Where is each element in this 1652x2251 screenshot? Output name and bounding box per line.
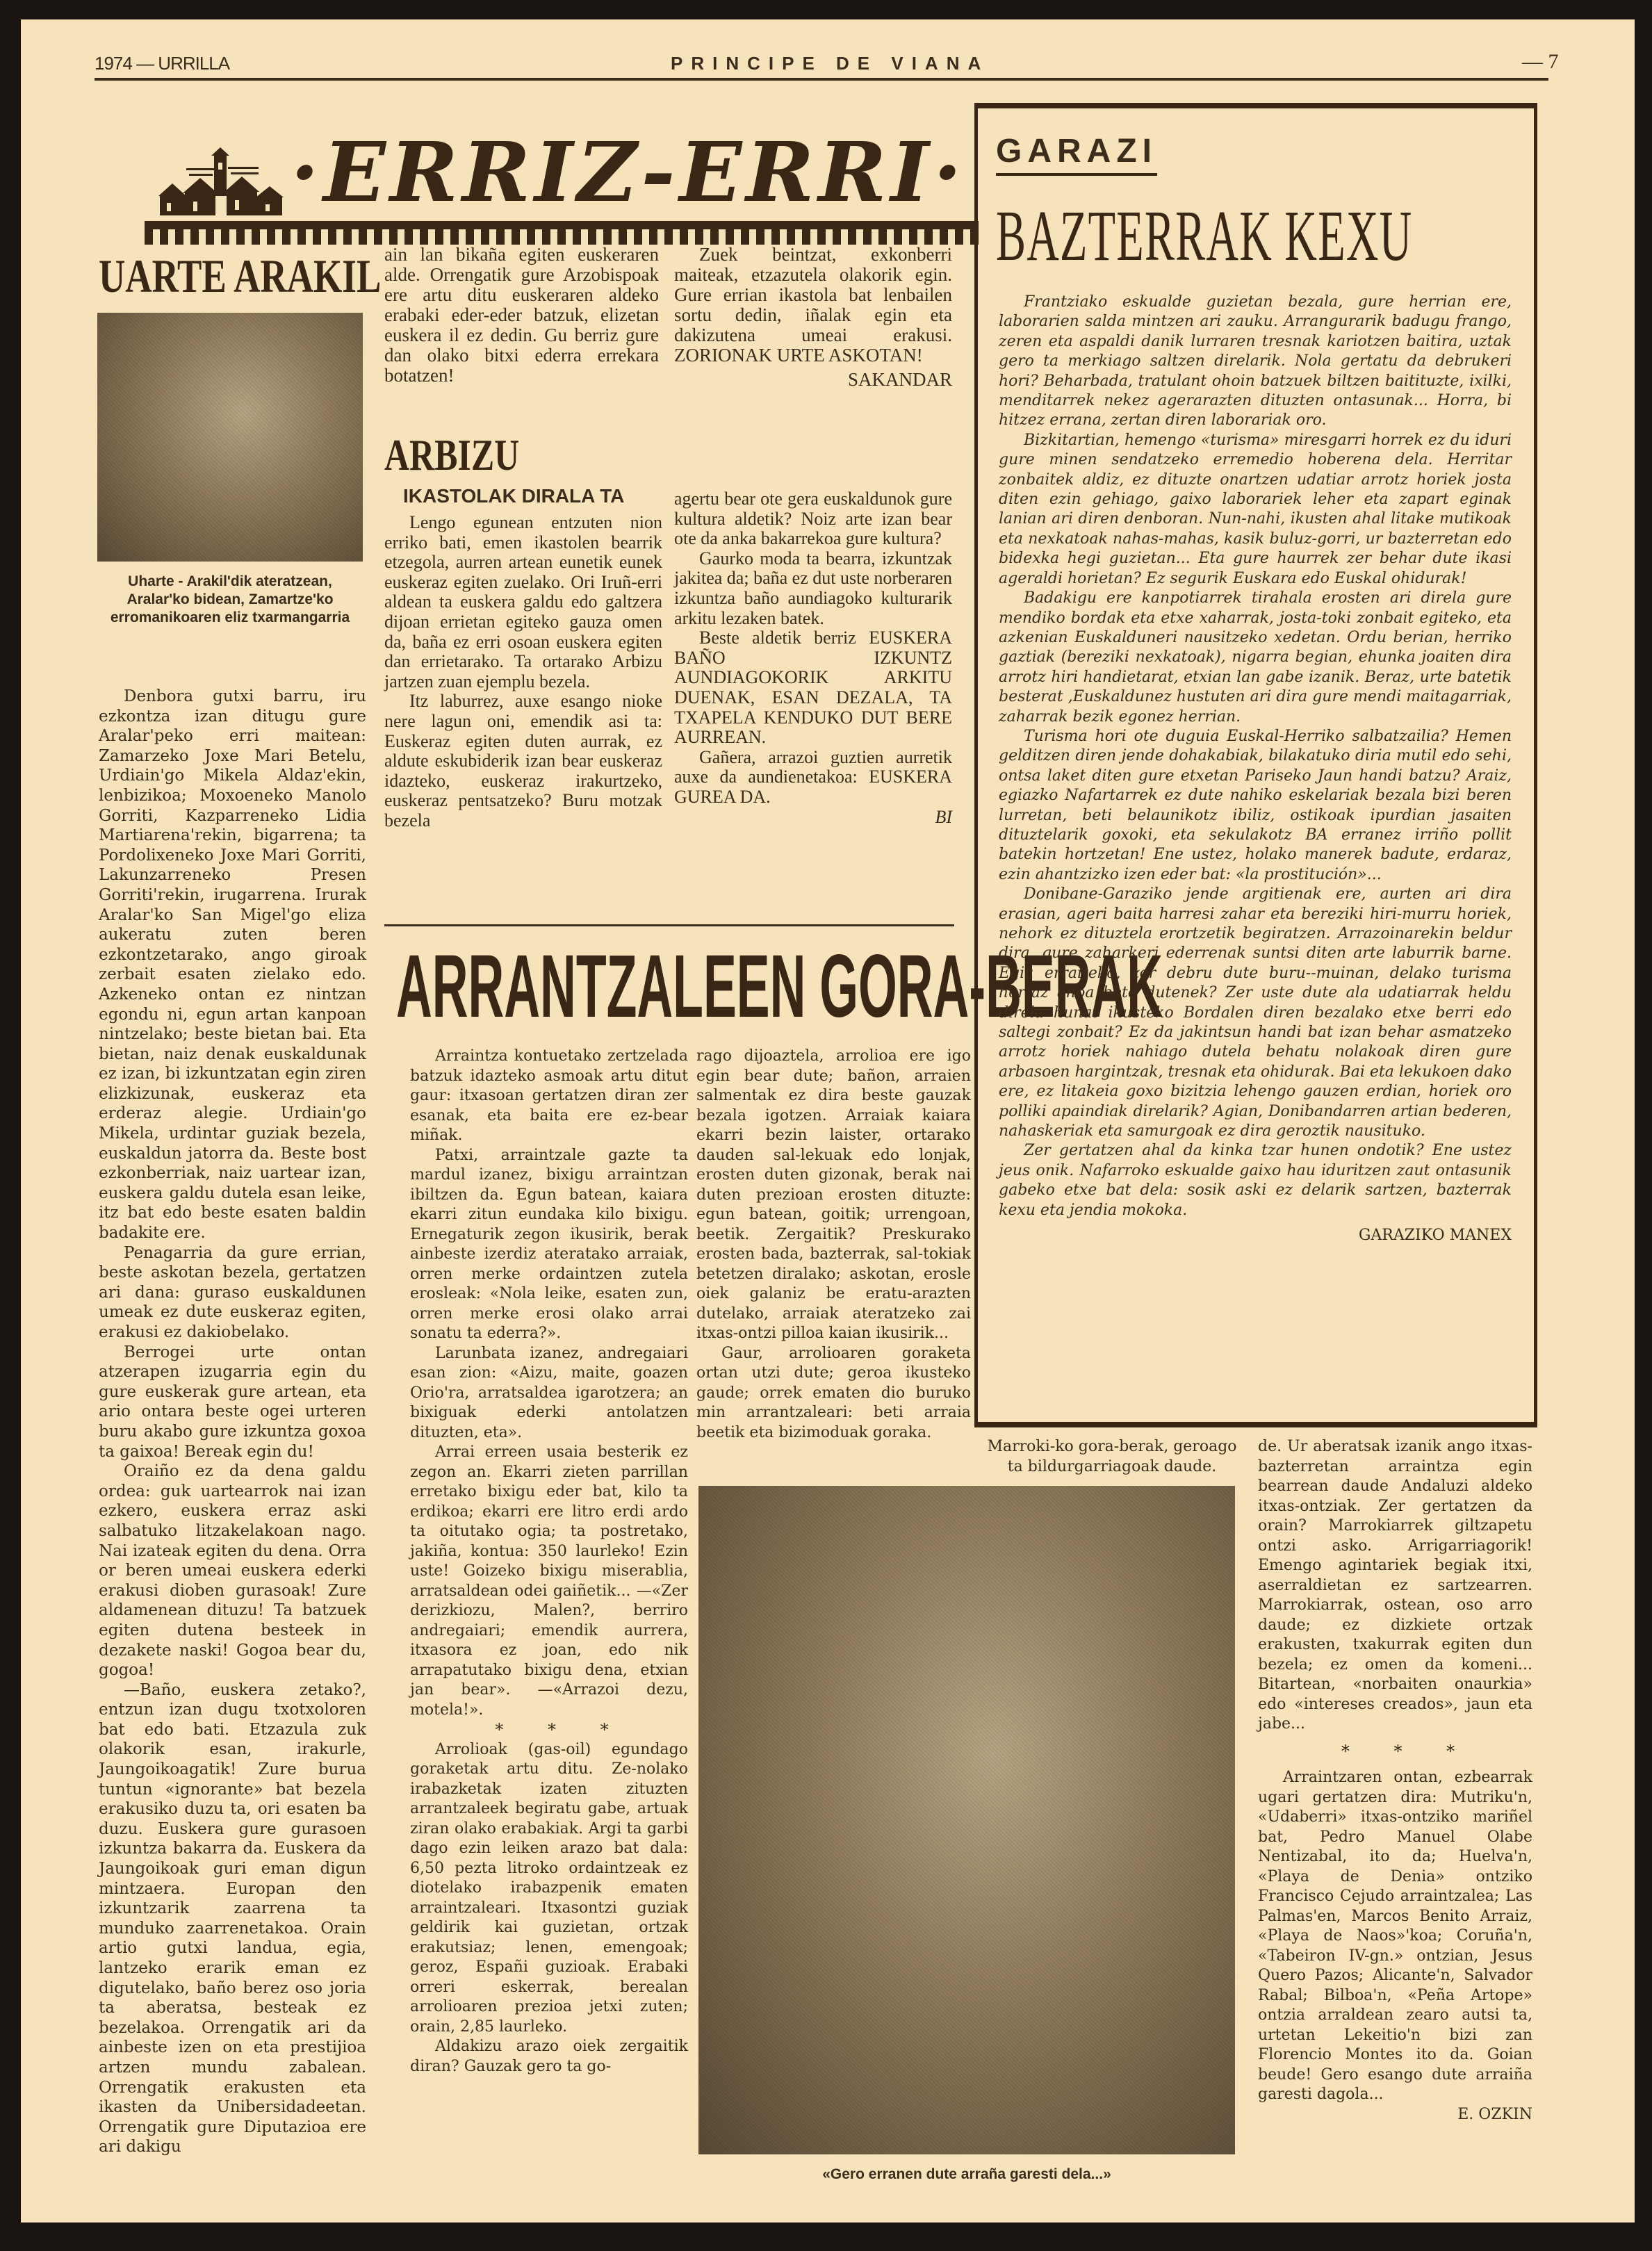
section-divider: [384, 924, 954, 926]
masthead: ·ERRIZ-ERRI·: [124, 124, 979, 235]
paragraph: Zer gertatzen ahal da kinka tzar hunen o…: [999, 1141, 1512, 1220]
arrantzaleen-column-1: Arraintza kontuetako zertzelada batzuk i…: [410, 1047, 688, 2077]
paragraph: Larunbata izanez, andregaiari esan zion:…: [410, 1344, 688, 1443]
paragraph: Lengo egunean entzuten nion erriko bati,…: [384, 513, 662, 691]
section-separator: * * *: [1258, 1742, 1532, 1762]
paragraph: Frantziako eskualde guzietan bezala, gur…: [999, 293, 1512, 431]
page-number: — 7: [1522, 50, 1559, 74]
paragraph: Itz laburrez, auxe esango nioke nere lag…: [384, 691, 662, 830]
paragraph: Gaur, arrolioaren goraketa ortan utzi du…: [696, 1344, 971, 1443]
paragraph: Arraintza kontuetako zertzelada batzuk i…: [410, 1047, 688, 1146]
paragraph: Arrai erreen usaia besterik ez zegon an.…: [410, 1443, 688, 1720]
paragraph: rago dijoaztela, arrolioa ere igo egin b…: [696, 1047, 971, 1344]
garazi-article-box: GARAZI BAZTERRAK KEXU Frantziako eskuald…: [974, 103, 1537, 1427]
arbizu-subheading: IKASTOLAK DIRALA TA: [403, 485, 624, 507]
paragraph: Marroki-ko gora-berak, geroago ta bildur…: [983, 1437, 1241, 1477]
garazi-body: Frantziako eskualde guzietan bezala, gur…: [999, 293, 1512, 1246]
paragraph: Bizkitartian, hemengo «turisma» miresgar…: [999, 431, 1512, 589]
signature: E. OZKIN: [1258, 2105, 1532, 2125]
arrantzaleen-column-2: rago dijoaztela, arrolioa ere igo egin b…: [696, 1047, 971, 1443]
paragraph: Beste aldetik berriz EUSKERA BAÑO IZKUNT…: [674, 628, 952, 748]
arbizu-column-1: Lengo egunean entzuten nion erriko bati,…: [384, 513, 662, 831]
signature: BI: [674, 808, 952, 828]
paragraph: Gaurko moda ta bearra, izkuntzak jakitea…: [674, 549, 952, 628]
header-rule: [95, 78, 1548, 81]
paragraph: Zuek beintzat, exkonberri maiteak, etzaz…: [674, 245, 952, 366]
paragraph: Arraintzaren ontan, ezbearrak ugari gert…: [1258, 1768, 1532, 2105]
paragraph: Penagarria da gure errian, beste askotan…: [99, 1243, 366, 1343]
section-separator: * * *: [410, 1720, 688, 1740]
arbizu-column-2: agertu bear ote gera euskaldunok gure ku…: [674, 489, 952, 827]
paragraph: Patxi, arraintzale gazte ta mardul izane…: [410, 1146, 688, 1344]
signature: GARAZIKO MANEX: [999, 1226, 1512, 1245]
publication-title: PRINCIPE DE VIANA: [671, 53, 989, 74]
masthead-crenellation: [145, 221, 979, 245]
paragraph: Badakigu ere kanpotiarrek tirahala erost…: [999, 589, 1512, 727]
arbizu-heading: ARBIZU: [384, 429, 519, 481]
paragraph: —Baño, euskera zetako?, entzun izan dugu…: [99, 1680, 366, 2157]
village-illustration-icon: [145, 147, 297, 224]
paragraph: de. Ur aberatsak izanik ango itxas-bazte…: [1258, 1437, 1532, 1735]
fisherman-caption: «Gero erranen dute arraña garesti dela..…: [698, 2166, 1235, 2184]
paragraph: Donibane-Garaziko jende argitienak ere, …: [999, 885, 1512, 1141]
church-photo: [97, 313, 363, 562]
masthead-title: ·ERRIZ-ERRI·: [291, 124, 966, 220]
paragraph: Aldakizu arazo oiek zergaitik diran? Gau…: [410, 2037, 688, 2077]
paragraph: Gañera, arrazoi guztien aurretik auxe da…: [674, 748, 952, 808]
fisherman-illustration: [698, 1486, 1235, 2154]
paragraph: Oraiño ez da dena galdu ordea: guk uarte…: [99, 1462, 366, 1680]
paragraph: agertu bear ote gera euskaldunok gure ku…: [674, 489, 952, 549]
uarte-heading: UARTE ARAKIL: [99, 249, 381, 304]
newspaper-page: 1974 — URRILLA PRINCIPE DE VIANA — 7 ·ER…: [21, 19, 1635, 2223]
uarte-continuation: ain lan bikaña egiten euskeraren alde. O…: [384, 245, 659, 386]
arrantzaleen-column-4: de. Ur aberatsak izanik ango itxas-bazte…: [1258, 1437, 1532, 2125]
garazi-kicker: GARAZI: [996, 132, 1157, 176]
uarte-closing: Zuek beintzat, exkonberri maiteak, etzaz…: [674, 245, 952, 390]
arrantzaleen-column-3-intro: Marroki-ko gora-berak, geroago ta bildur…: [983, 1437, 1241, 1477]
church-photo-caption: Uharte - Arakil'dik ateratzean, Aralar'k…: [97, 573, 363, 627]
garazi-heading: BAZTERRAK KEXU: [996, 195, 1412, 277]
paragraph: ain lan bikaña egiten euskeraren alde. O…: [384, 245, 659, 386]
paragraph: Arrolioak (gas-oil) egundago goraketak a…: [410, 1740, 688, 2038]
paragraph: Turisma hori ote duguia Euskal-Herriko s…: [999, 727, 1512, 885]
issue-date: 1974 — URRILLA: [95, 53, 229, 74]
paragraph: Berrogei urte ontan atzerapen izugarria …: [99, 1343, 366, 1462]
signature: SAKANDAR: [674, 370, 952, 390]
paragraph: Denbora gutxi barru, iru ezkontza izan d…: [99, 687, 366, 1243]
uarte-column-1: Denbora gutxi barru, iru ezkontza izan d…: [99, 687, 366, 2157]
